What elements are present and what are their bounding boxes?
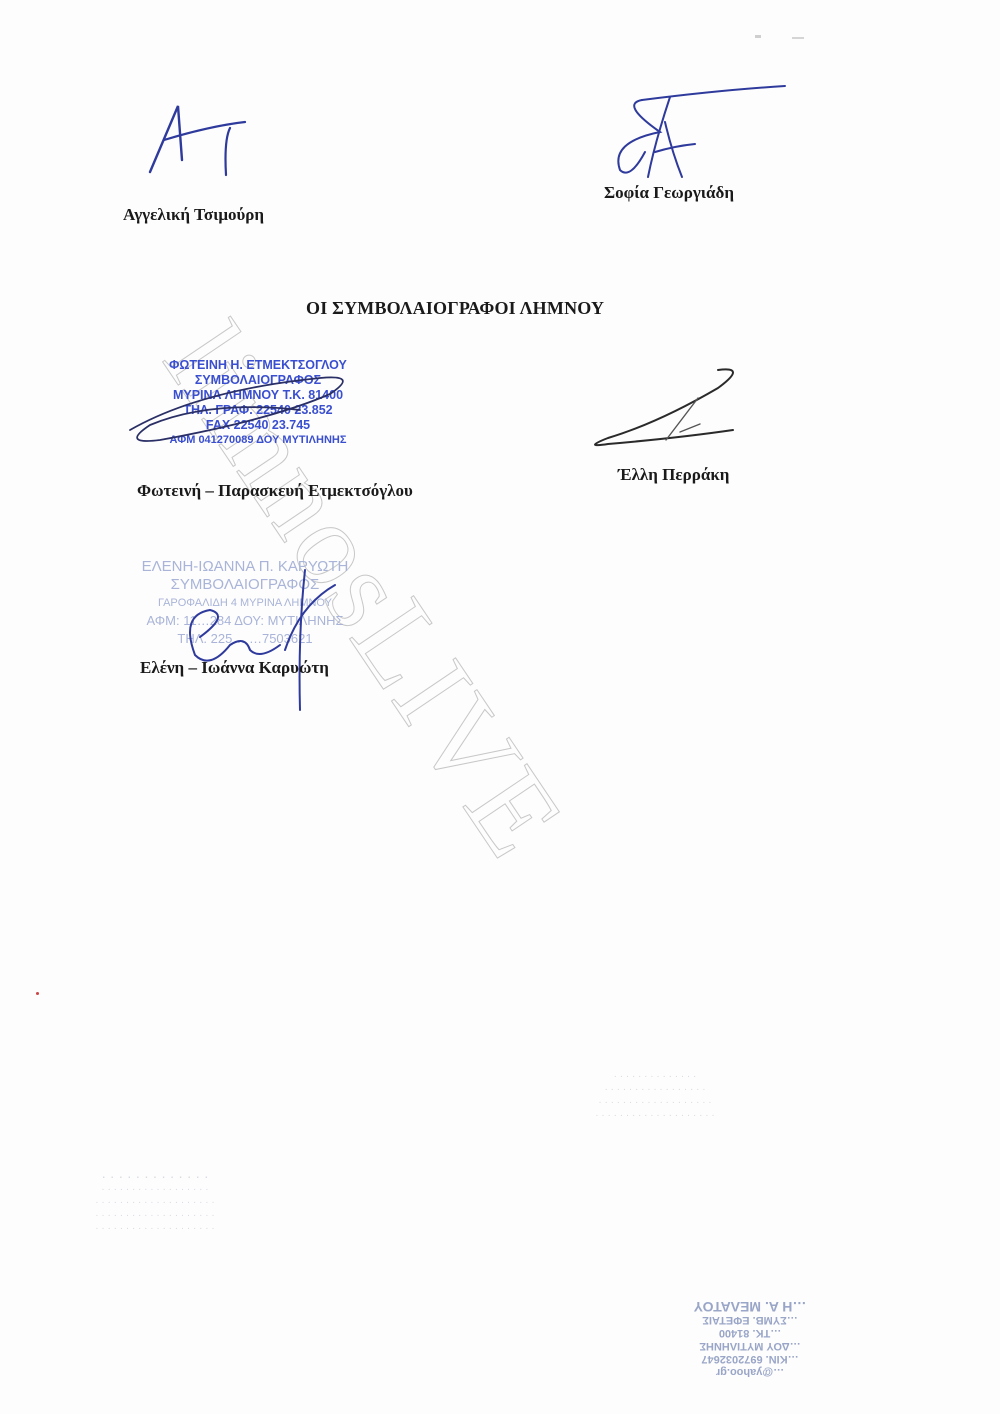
stamp-line: …ΤΚ. 81400	[630, 1326, 870, 1339]
signatory-name: Ελένη – Ιωάννα Καρυώτη	[140, 658, 329, 678]
signatory-name: Αγγελική Τσιμούρη	[123, 205, 264, 225]
bleed-through-stamp: …@yahoo.gr …ΚΙΝ. 6972032647 …ΔΟΥ ΜΥΤΙΛΗΝ…	[630, 1300, 870, 1378]
scan-mark	[36, 992, 39, 995]
scan-mark	[792, 37, 804, 39]
signature-icon	[600, 82, 800, 192]
signature-icon	[588, 368, 758, 458]
signature-icon	[170, 565, 370, 715]
stamp-line: …@yahoo.gr	[630, 1365, 870, 1378]
bleed-through-stamp: · · · · · · · · · · · · · · · · · · · · …	[15, 1170, 295, 1235]
stamp-line: …ΔΟΥ ΜΥΤΙΛΗΝΗΣ	[630, 1339, 870, 1352]
bleed-through-stamp: · · · · · · · · · · · · · · · · · · · · …	[515, 1070, 795, 1122]
signatory-name: Φωτεινή – Παρασκευή Ετμεκτσόγλου	[137, 481, 413, 501]
signatory-name: Έλλη Περράκη	[618, 465, 729, 485]
stamp-line: …ΚΙΝ. 6972032647	[630, 1352, 870, 1365]
signatory-name: Σοφία Γεωργιάδη	[604, 183, 734, 203]
document-heading: ΟΙ ΣΥΜΒΟΛΑΙΟΓΡΑΦΟΙ ΛΗΜΝΟΥ	[306, 298, 604, 319]
signature-icon	[120, 370, 360, 450]
signature-icon	[140, 100, 260, 180]
stamp-line: …Η Α. ΜΕΛΑΤΟΥ	[630, 1300, 870, 1313]
scan-mark	[755, 35, 761, 38]
document-page: limnosLIVE Αγγελική Τσιμούρη Σοφία Γεωργ…	[0, 0, 1000, 1414]
